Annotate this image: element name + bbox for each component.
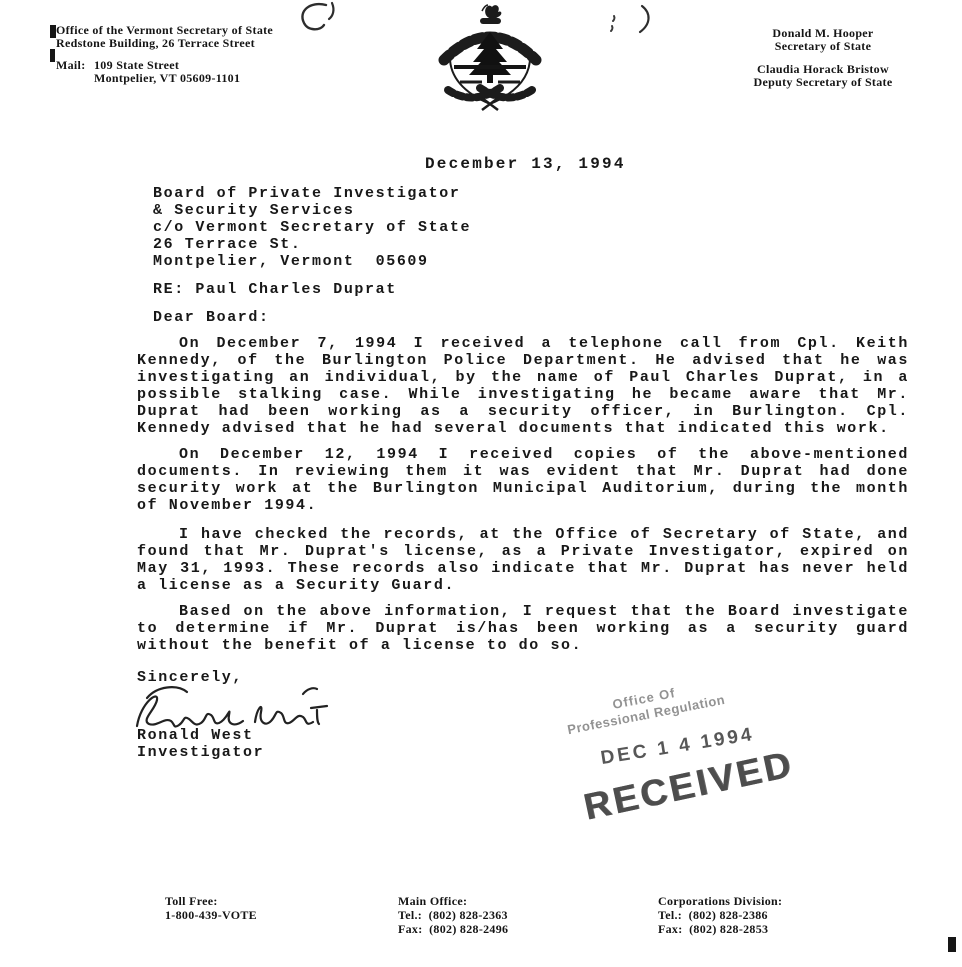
paragraph-2: On December 12, 1994 I received copies o… — [137, 446, 909, 514]
mailing-address: Mail: 109 State Street Montpelier, VT 05… — [56, 59, 273, 85]
footer-corporations-division: Corporations Division: Tel.: (802) 828-2… — [658, 894, 782, 936]
paragraph-4: Based on the above information, I reques… — [137, 603, 909, 654]
pen-scribble-mark — [296, 1, 342, 35]
recipient-line: 26 Terrace St. — [153, 236, 909, 253]
recipient-line: Montpelier, Vermont 05609 — [153, 253, 909, 270]
recipient-line: & Security Services — [153, 202, 909, 219]
handwritten-signature — [131, 684, 371, 732]
mail-label: Mail: — [56, 59, 94, 85]
vermont-state-seal — [420, 2, 560, 114]
toll-free-label: Toll Free: — [165, 894, 257, 908]
recipient-line: Board of Private Investigator — [153, 185, 909, 202]
scan-artifact-mark — [948, 937, 956, 952]
scan-artifact-mark — [50, 49, 55, 62]
letterhead-officials: Donald M. Hooper Secretary of State Clau… — [718, 27, 928, 89]
re-subject-line: RE: Paul Charles Duprat — [153, 281, 909, 298]
scanned-letter-page: Office of the Vermont Secretary of State… — [0, 0, 962, 967]
footer-main-office: Main Office: Tel.: (802) 828-2363 Fax: (… — [398, 894, 508, 936]
letter-date: December 13, 1994 — [425, 156, 909, 173]
letterhead-office-address: Office of the Vermont Secretary of State… — [56, 24, 273, 85]
salutation: Dear Board: — [153, 309, 909, 326]
corporations-label: Corporations Division: — [658, 894, 782, 908]
signature-block — [137, 686, 909, 726]
secretary-title: Secretary of State — [718, 40, 928, 53]
recipient-address-block: Board of Private Investigator & Security… — [153, 185, 909, 270]
footer-toll-free: Toll Free: 1-800-439-VOTE — [165, 894, 257, 922]
main-office-label: Main Office: — [398, 894, 508, 908]
letter-body: December 13, 1994 Board of Private Inves… — [137, 156, 909, 761]
main-office-fax: Fax: (802) 828-2496 — [398, 922, 508, 936]
toll-free-number: 1-800-439-VOTE — [165, 908, 257, 922]
corporations-fax: Fax: (802) 828-2853 — [658, 922, 782, 936]
paragraph-1: On December 7, 1994 I received a telepho… — [137, 335, 909, 437]
deputy-title: Deputy Secretary of State — [718, 76, 928, 89]
recipient-line: c/o Vermont Secretary of State — [153, 219, 909, 236]
paragraph-3: I have checked the records, at the Offic… — [137, 526, 909, 594]
office-line-2: Redstone Building, 26 Terrace Street — [56, 37, 273, 50]
sender-title: Investigator — [137, 744, 909, 761]
mail-line-2: Montpelier, VT 05609-1101 — [94, 72, 240, 85]
main-office-tel: Tel.: (802) 828-2363 — [398, 908, 508, 922]
corporations-tel: Tel.: (802) 828-2386 — [658, 908, 782, 922]
pen-scribble-mark — [604, 4, 656, 36]
